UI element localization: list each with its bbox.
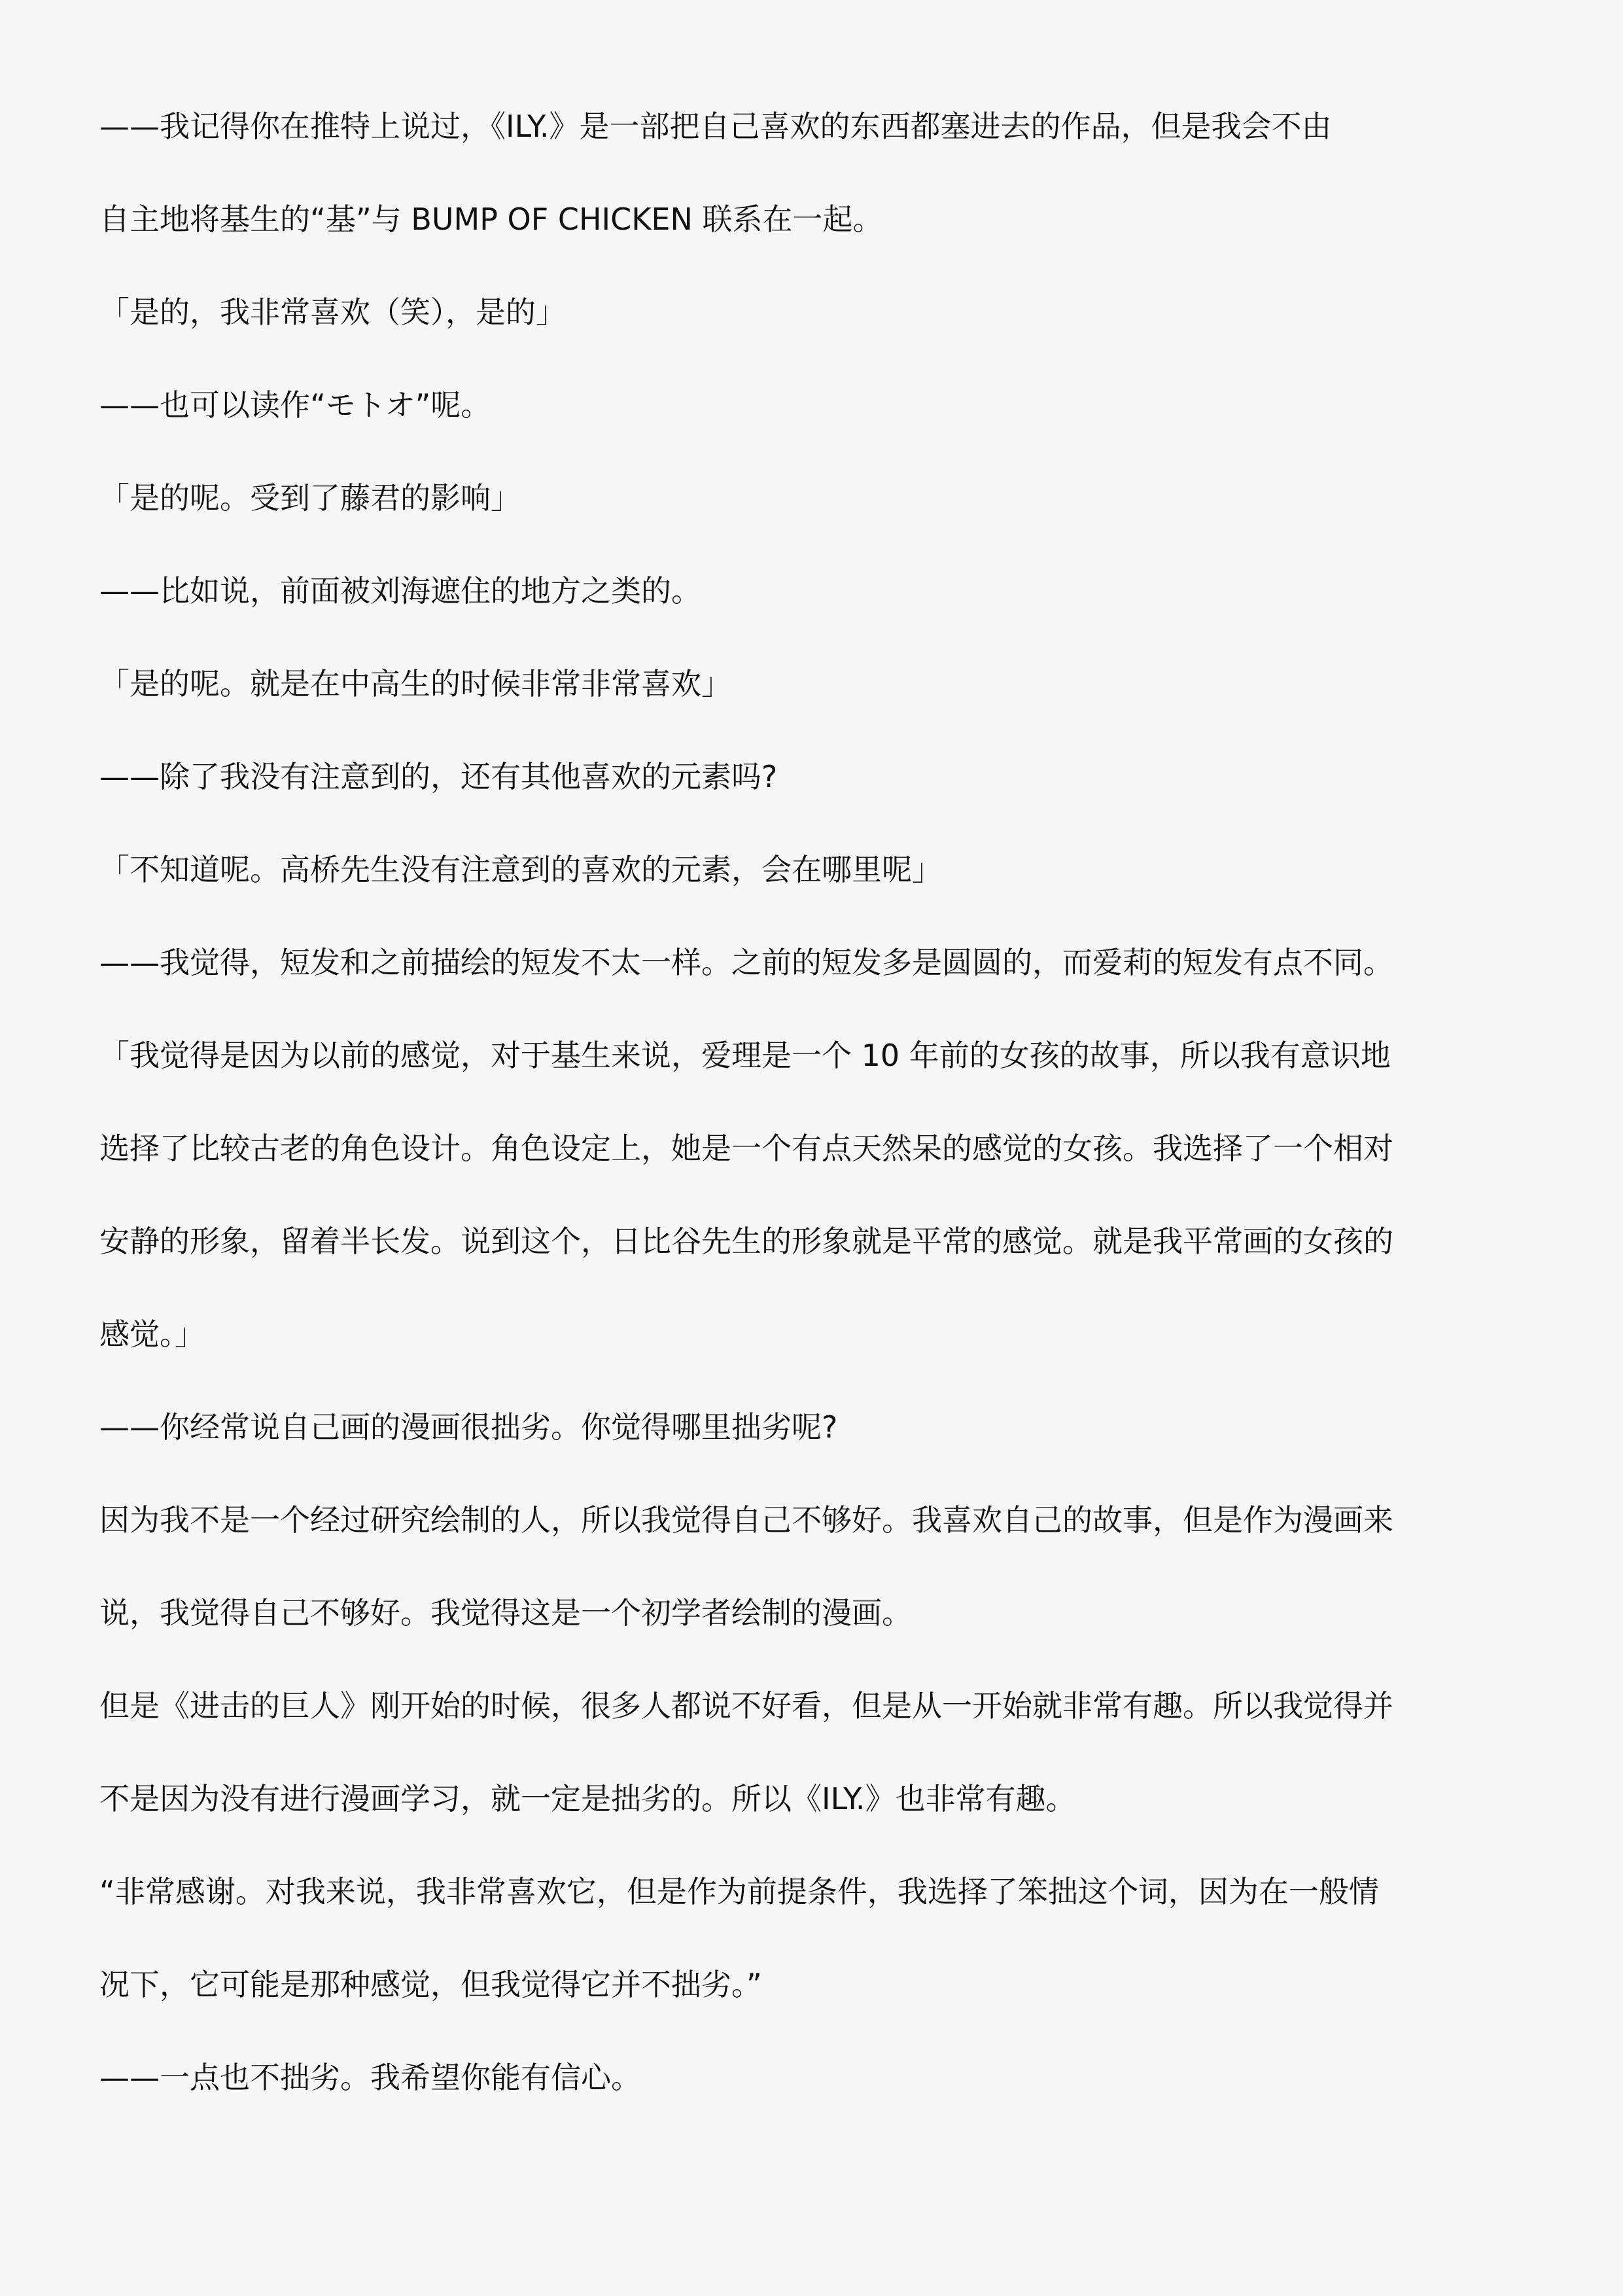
text-line: 「是的呢。就是在中高生的时候非常非常喜欢」: [99, 662, 1512, 755]
interviewer-paragraph: ——一点也不拙劣。我希望你能有信心。: [99, 2056, 1512, 2149]
text-line: ——也可以读作“モトオ”呢。: [99, 383, 1512, 476]
text-line: ——你经常说自己画的漫画很拙劣。你觉得哪里拙劣呢?: [99, 1405, 1512, 1498]
text-line: 说，我觉得自己不够好。我觉得这是一个初学者绘制的漫画。: [99, 1591, 1512, 1684]
text-line: 况下，它可能是那种感觉，但我觉得它并不拙劣。”: [99, 1963, 1512, 2056]
interviewer-paragraph: ——我觉得，短发和之前描绘的短发不太一样。之前的短发多是圆圆的，而爱莉的短发有点…: [99, 941, 1512, 1034]
text-line: 「不知道呢。高桥先生没有注意到的喜欢的元素，会在哪里呢」: [99, 848, 1512, 941]
text-line: 自主地将基生的“基”与 BUMP OF CHICKEN 联系在一起。: [99, 198, 1512, 291]
text-line: ——我记得你在推特上说过，《ILY.》是一部把自己喜欢的东西都塞进去的作品，但是…: [99, 105, 1512, 198]
text-line: ——除了我没有注意到的，还有其他喜欢的元素吗?: [99, 755, 1512, 848]
interviewer-paragraph: ——也可以读作“モトオ”呢。: [99, 383, 1512, 476]
interviewer-paragraph: ——比如说，前面被刘海遮住的地方之类的。: [99, 569, 1512, 662]
text-line: 安静的形象，留着半长发。说到这个，日比谷先生的形象就是平常的感觉。就是我平常画的…: [99, 1220, 1512, 1313]
interviewee-paragraph: 「我觉得是因为以前的感觉，对于基生来说，爱理是一个 10 年前的女孩的故事，所以…: [99, 1034, 1512, 1405]
document-page: ——我记得你在推特上说过，《ILY.》是一部把自己喜欢的东西都塞进去的作品，但是…: [99, 105, 1512, 2149]
text-line: ——比如说，前面被刘海遮住的地方之类的。: [99, 569, 1512, 662]
text-line: ——我觉得，短发和之前描绘的短发不太一样。之前的短发多是圆圆的，而爱莉的短发有点…: [99, 941, 1512, 1034]
text-line: 「我觉得是因为以前的感觉，对于基生来说，爱理是一个 10 年前的女孩的故事，所以…: [99, 1034, 1512, 1127]
interviewer-paragraph: ——你经常说自己画的漫画很拙劣。你觉得哪里拙劣呢?: [99, 1405, 1512, 1498]
text-line: 不是因为没有进行漫画学习，就一定是拙劣的。所以《ILY.》也非常有趣。: [99, 1777, 1512, 1870]
interviewer-paragraph: ——除了我没有注意到的，还有其他喜欢的元素吗?: [99, 755, 1512, 848]
interviewer-paragraph: ——我记得你在推特上说过，《ILY.》是一部把自己喜欢的东西都塞进去的作品，但是…: [99, 105, 1512, 291]
interviewee-paragraph: 「是的呢。就是在中高生的时候非常非常喜欢」: [99, 662, 1512, 755]
interviewee-paragraph: 因为我不是一个经过研究绘制的人，所以我觉得自己不够好。我喜欢自己的故事，但是作为…: [99, 1498, 1512, 1684]
interviewee-paragraph: 「是的呢。受到了藤君的影响」: [99, 476, 1512, 569]
text-line: 「是的呢。受到了藤君的影响」: [99, 476, 1512, 569]
text-line: 感觉。」: [99, 1313, 1512, 1405]
text-line: 「是的，我非常喜欢（笑），是的」: [99, 291, 1512, 383]
text-line: “非常感谢。对我来说，我非常喜欢它，但是作为前提条件，我选择了笨拙这个词，因为在…: [99, 1870, 1512, 1963]
text-line: 但是《进击的巨人》刚开始的时候，很多人都说不好看，但是从一开始就非常有趣。所以我…: [99, 1684, 1512, 1777]
interviewee-paragraph: 「是的，我非常喜欢（笑），是的」: [99, 291, 1512, 383]
interviewee-paragraph: 「不知道呢。高桥先生没有注意到的喜欢的元素，会在哪里呢」: [99, 848, 1512, 941]
text-line: ——一点也不拙劣。我希望你能有信心。: [99, 2056, 1512, 2149]
interviewee-paragraph: “非常感谢。对我来说，我非常喜欢它，但是作为前提条件，我选择了笨拙这个词，因为在…: [99, 1870, 1512, 2056]
text-line: 因为我不是一个经过研究绘制的人，所以我觉得自己不够好。我喜欢自己的故事，但是作为…: [99, 1498, 1512, 1591]
interviewer-paragraph: 但是《进击的巨人》刚开始的时候，很多人都说不好看，但是从一开始就非常有趣。所以我…: [99, 1684, 1512, 1870]
text-line: 选择了比较古老的角色设计。角色设定上，她是一个有点天然呆的感觉的女孩。我选择了一…: [99, 1127, 1512, 1220]
